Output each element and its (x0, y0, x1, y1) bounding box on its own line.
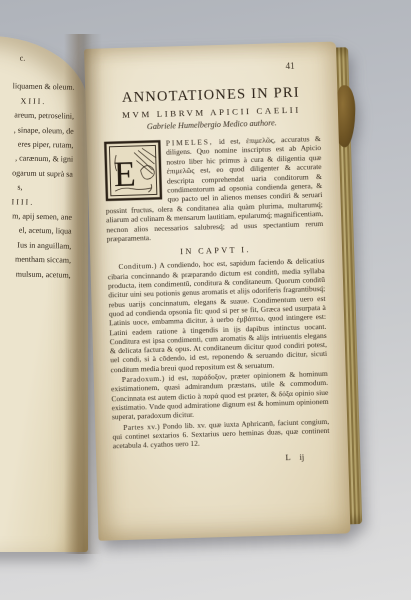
left-page-text: c. liquamen & oleum. XIII. areum, petros… (9, 51, 76, 282)
page-surface: 41 ANNOTATIONES IN PRI MVM LIBRVM APICII… (84, 42, 350, 541)
paragraph-epimeles: E PIMELES, id est, ἐπιμελῶς, accuratus &… (104, 134, 324, 244)
left-page-line: mentham siccam, (9, 253, 71, 269)
page-content: ANNOTATIONES IN PRI MVM LIBRVM APICII CA… (102, 84, 330, 468)
left-page-line: , sinape, oleum, de (12, 123, 74, 139)
left-page-line: s, (10, 181, 72, 197)
left-page-line: , carænum, & igni (11, 152, 73, 168)
drop-cap-letter: E (113, 154, 136, 195)
left-page: c. liquamen & oleum. XIII. areum, petros… (0, 36, 88, 552)
left-page-line: mulsum, acetum, (9, 267, 71, 283)
left-page-line: ogarum ut suprà sa (11, 166, 73, 182)
right-page: 41 ANNOTATIONES IN PRI MVM LIBRVM APICII… (84, 42, 350, 541)
photo-background: c. liquamen & oleum. XIII. areum, petros… (0, 0, 411, 600)
left-page-line: c. (13, 51, 75, 67)
paragraph-partes: Partes xv.) Pondo lib. xv. quæ iuxta Aph… (112, 416, 330, 450)
page-number: 41 (285, 61, 294, 71)
left-page-line: areum, petroselini, (12, 109, 74, 125)
paragraph-text: A condiendo, hoc est, sapidum faciendo &… (108, 256, 328, 374)
left-page-line: Ius in anguillam, (9, 238, 71, 254)
woodcut-initial-icon: E (104, 140, 163, 202)
paragraph-paradoxum: Paradoxum.) id est, παράδοξον, præter op… (111, 369, 329, 422)
left-page-line: m, apij semen, ane (10, 209, 72, 225)
paragraph-conditum: Conditum.) A condiendo, hoc est, sapidum… (107, 256, 327, 374)
left-page-line: eres piper, rutam, (11, 137, 73, 153)
left-page-line: el, acetum, liqua (10, 224, 72, 240)
heading-line-1: ANNOTATIONES IN PRI (102, 84, 319, 107)
left-page-line: XIII. (12, 94, 74, 110)
left-page-line: liquamen & oleum. (13, 80, 75, 96)
signature-mark: L ij (113, 451, 330, 467)
left-page-line: IIII. (10, 195, 72, 211)
